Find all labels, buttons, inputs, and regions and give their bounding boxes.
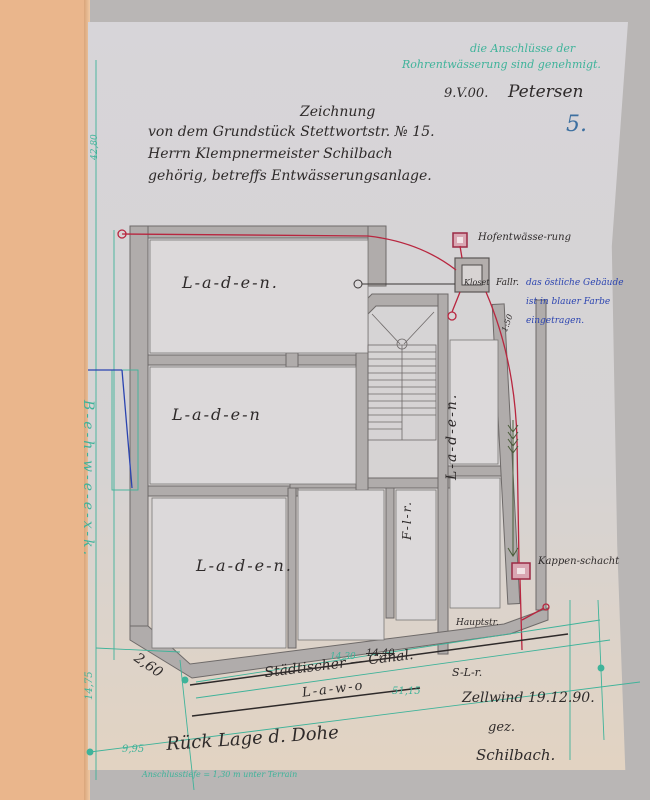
kloset-label: Kloset xyxy=(464,278,489,287)
dim-street-bottom: 51,15 xyxy=(392,686,421,697)
signed-name: Schilbach. xyxy=(476,746,555,764)
hofentwaesserung-label: Hofentwässe-rung xyxy=(478,232,571,243)
signed-prefix: gez. xyxy=(488,720,515,735)
blue-note-line-2: ist in blauer Farbe xyxy=(526,297,610,307)
fallrohr-label: Fallr. xyxy=(496,278,519,288)
hauptstr-label: Hauptstr. xyxy=(456,618,499,628)
floor-plan xyxy=(0,0,650,800)
depth-note: Anschlusstiefe = 1,30 m unter Terrain xyxy=(142,770,297,779)
sler-label: S-L-r. xyxy=(452,666,482,679)
blue-note-line-3: eingetragen. xyxy=(526,316,584,326)
dim-left-vertical: 14,75 xyxy=(84,671,95,700)
room-label-laden-1: L-a-d-e-n. xyxy=(182,273,279,292)
dim-bottom-left: 9,95 xyxy=(122,744,144,755)
date-signed: Zellwind 19.12.90. xyxy=(462,690,595,706)
blue-note-line-1: das östliche Gebäude xyxy=(526,278,624,288)
side-label: B-e-h-w-e-e-x-k. xyxy=(80,400,96,558)
kappenschacht-label: Kappen-schacht xyxy=(538,556,619,567)
room-label-laden-3: L-a-d-e-n. xyxy=(196,556,293,575)
room-label-laden-4: L-a-d-e-n. xyxy=(444,393,460,480)
room-label-laden-2: L-a-d-e-n xyxy=(172,405,262,424)
room-label-flur: F-l-r. xyxy=(400,500,414,540)
dim-side-top: 42,80 xyxy=(90,134,100,160)
